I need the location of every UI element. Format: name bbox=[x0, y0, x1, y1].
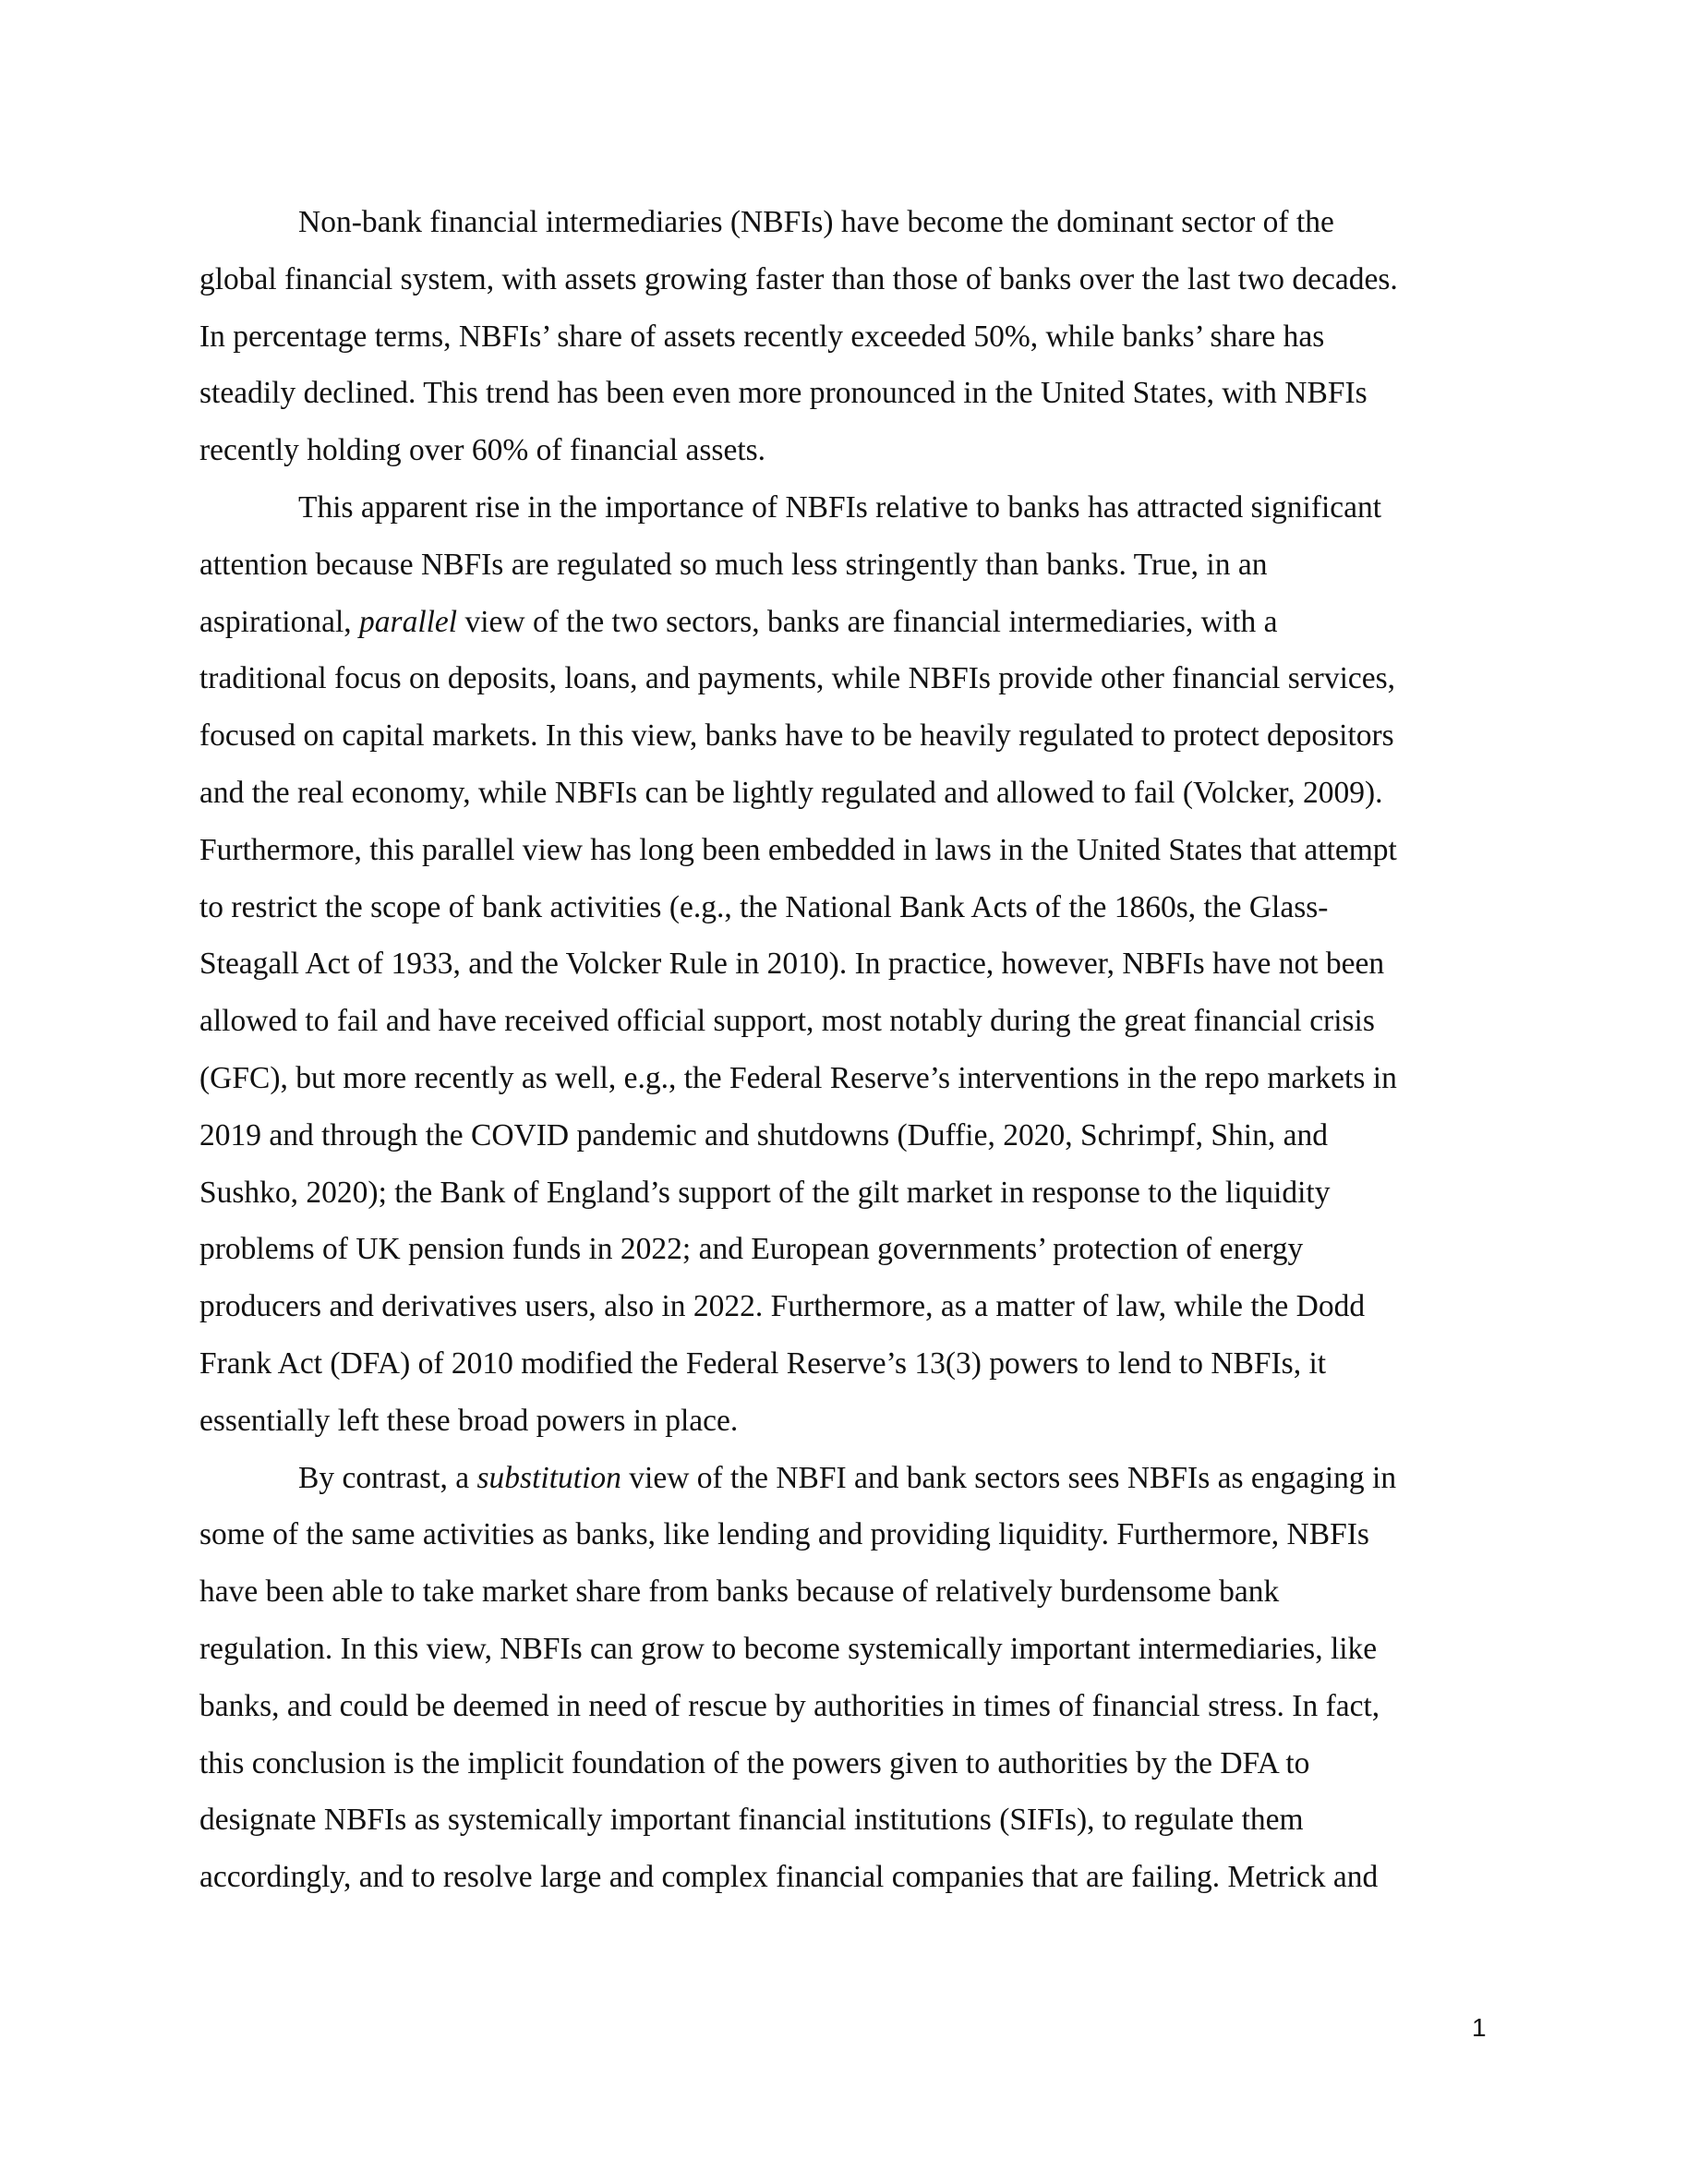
text-line: regulation. In this view, NBFIs can grow… bbox=[199, 1621, 1492, 1678]
italic-term: substitution bbox=[477, 1461, 621, 1495]
text-segment: to restrict the scope of bank activities… bbox=[199, 890, 1328, 924]
text-line: steadily declined. This trend has been e… bbox=[199, 365, 1492, 422]
text-line: this conclusion is the implicit foundati… bbox=[199, 1735, 1492, 1792]
text-segment: steadily declined. This trend has been e… bbox=[199, 376, 1368, 410]
text-segment: global financial system, with assets gro… bbox=[199, 262, 1398, 296]
text-line: Frank Act (DFA) of 2010 modified the Fed… bbox=[199, 1335, 1492, 1393]
text-line: Sushko, 2020); the Bank of England’s sup… bbox=[199, 1164, 1492, 1222]
text-segment: producers and derivatives users, also in… bbox=[199, 1289, 1365, 1323]
paragraph-3: By contrast, a substitution view of the … bbox=[199, 1450, 1492, 1906]
text-segment: Furthermore, this parallel view has long… bbox=[199, 833, 1397, 867]
text-line: some of the same activities as banks, li… bbox=[199, 1506, 1492, 1563]
text-line: In percentage terms, NBFIs’ share of ass… bbox=[199, 308, 1492, 366]
text-segment: (GFC), but more recently as well, e.g., … bbox=[199, 1061, 1397, 1095]
text-line: aspirational, parallel view of the two s… bbox=[199, 594, 1492, 651]
text-line: Steagall Act of 1933, and the Volcker Ru… bbox=[199, 935, 1492, 993]
text-line: and the real economy, while NBFIs can be… bbox=[199, 765, 1492, 822]
text-segment: have been able to take market share from… bbox=[199, 1575, 1279, 1609]
text-segment: By contrast, a bbox=[298, 1461, 477, 1495]
body-text: Non-bank financial intermediaries (NBFIs… bbox=[199, 194, 1492, 1906]
text-line: allowed to fail and have received offici… bbox=[199, 993, 1492, 1050]
text-segment: designate NBFIs as systemically importan… bbox=[199, 1803, 1304, 1837]
text-segment: In percentage terms, NBFIs’ share of ass… bbox=[199, 320, 1324, 354]
text-segment: Frank Act (DFA) of 2010 modified the Fed… bbox=[199, 1346, 1326, 1381]
text-line: global financial system, with assets gro… bbox=[199, 251, 1492, 308]
text-segment: attention because NBFIs are regulated so… bbox=[199, 548, 1267, 582]
text-segment: 2019 and through the COVID pandemic and … bbox=[199, 1118, 1328, 1152]
text-segment: essentially left these broad powers in p… bbox=[199, 1404, 738, 1438]
text-segment: Sushko, 2020); the Bank of England’s sup… bbox=[199, 1176, 1330, 1210]
document-page: Non-bank financial intermediaries (NBFIs… bbox=[0, 0, 1687, 2184]
paragraph-1: Non-bank financial intermediaries (NBFIs… bbox=[199, 194, 1492, 479]
text-line: 2019 and through the COVID pandemic and … bbox=[199, 1107, 1492, 1164]
text-line: This apparent rise in the importance of … bbox=[199, 479, 1492, 537]
text-segment: focused on capital markets. In this view… bbox=[199, 718, 1394, 753]
text-segment: view of the two sectors, banks are finan… bbox=[457, 605, 1277, 639]
text-segment: aspirational, bbox=[199, 605, 359, 639]
text-segment: traditional focus on deposits, loans, an… bbox=[199, 661, 1395, 695]
text-segment: allowed to fail and have received offici… bbox=[199, 1004, 1375, 1038]
text-segment: this conclusion is the implicit foundati… bbox=[199, 1746, 1309, 1780]
text-line: By contrast, a substitution view of the … bbox=[199, 1450, 1492, 1507]
text-line: to restrict the scope of bank activities… bbox=[199, 879, 1492, 936]
text-line: Furthermore, this parallel view has long… bbox=[199, 822, 1492, 879]
page-number: 1 bbox=[1472, 2011, 1487, 2045]
text-line: (GFC), but more recently as well, e.g., … bbox=[199, 1050, 1492, 1107]
italic-term: parallel bbox=[359, 605, 457, 639]
text-segment: accordingly, and to resolve large and co… bbox=[199, 1860, 1378, 1894]
text-line: accordingly, and to resolve large and co… bbox=[199, 1849, 1492, 1906]
text-line: recently holding over 60% of financial a… bbox=[199, 422, 1492, 479]
text-line: focused on capital markets. In this view… bbox=[199, 707, 1492, 765]
text-line: Non-bank financial intermediaries (NBFIs… bbox=[199, 194, 1492, 251]
text-line: producers and derivatives users, also in… bbox=[199, 1278, 1492, 1335]
text-segment: Non-bank financial intermediaries (NBFIs… bbox=[298, 205, 1334, 239]
text-segment: and the real economy, while NBFIs can be… bbox=[199, 776, 1383, 810]
text-segment: recently holding over 60% of financial a… bbox=[199, 433, 765, 467]
text-line: problems of UK pension funds in 2022; an… bbox=[199, 1221, 1492, 1278]
text-line: have been able to take market share from… bbox=[199, 1563, 1492, 1621]
paragraph-2: This apparent rise in the importance of … bbox=[199, 479, 1492, 1450]
text-segment: Steagall Act of 1933, and the Volcker Ru… bbox=[199, 947, 1384, 981]
text-line: banks, and could be deemed in need of re… bbox=[199, 1678, 1492, 1735]
text-segment: problems of UK pension funds in 2022; an… bbox=[199, 1232, 1303, 1266]
text-segment: regulation. In this view, NBFIs can grow… bbox=[199, 1632, 1377, 1666]
text-segment: some of the same activities as banks, li… bbox=[199, 1517, 1369, 1551]
text-segment: view of the NBFI and bank sectors sees N… bbox=[621, 1461, 1396, 1495]
text-line: designate NBFIs as systemically importan… bbox=[199, 1792, 1492, 1849]
text-line: traditional focus on deposits, loans, an… bbox=[199, 650, 1492, 707]
text-segment: This apparent rise in the importance of … bbox=[298, 490, 1381, 525]
text-line: attention because NBFIs are regulated so… bbox=[199, 537, 1492, 594]
text-line: essentially left these broad powers in p… bbox=[199, 1393, 1492, 1450]
text-segment: banks, and could be deemed in need of re… bbox=[199, 1689, 1380, 1723]
